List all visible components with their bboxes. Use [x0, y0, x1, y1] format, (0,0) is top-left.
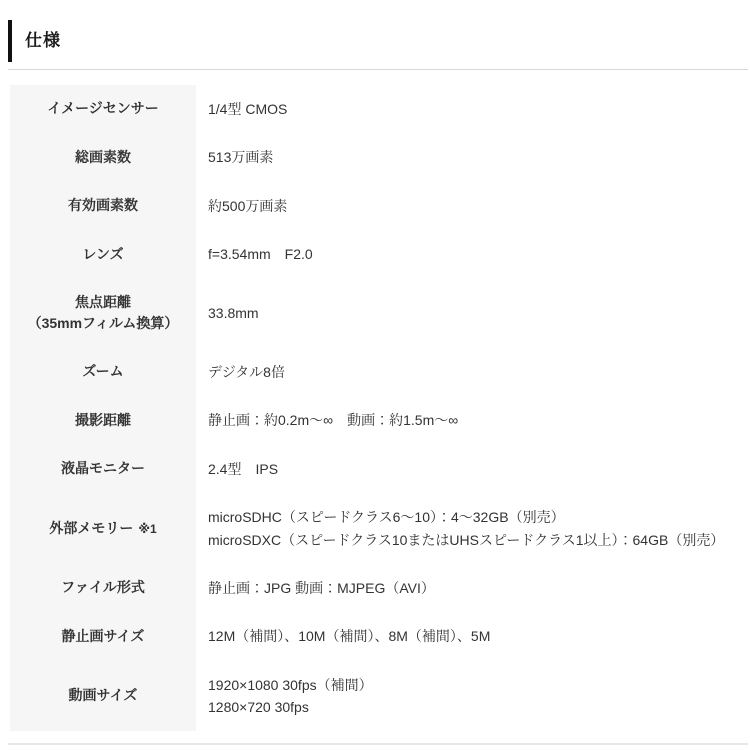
- spec-row: 液晶モニター 2.4型 IPS: [10, 445, 746, 493]
- spec-value: f=3.54mm F2.0: [196, 230, 746, 278]
- spec-value: デジタル8倍: [196, 348, 746, 396]
- spec-label-text: 動画サイズ: [69, 687, 138, 703]
- spec-value: microSDHC（スピードクラス6～10）：4～32GB（別売） microS…: [196, 493, 746, 564]
- spec-value: 1920×1080 30fps（補間） 1280×720 30fps: [196, 661, 746, 732]
- spec-row: 総画素数 513万画素: [10, 133, 746, 181]
- spec-label: 動画サイズ: [10, 661, 196, 732]
- spec-label: レンズ: [10, 230, 196, 278]
- spec-row: ファイル形式 静止画：JPG 動画：MJPEG（AVI）: [10, 564, 746, 612]
- spec-table: イメージセンサー 1/4型 CMOS 総画素数 513万画素 有効画素数 約50…: [10, 85, 746, 731]
- spec-row: 焦点距離 （35mmフィルム換算） 33.8mm: [10, 279, 746, 348]
- spec-table-body: イメージセンサー 1/4型 CMOS 総画素数 513万画素 有効画素数 約50…: [10, 85, 746, 731]
- spec-label: 有効画素数: [10, 182, 196, 230]
- spec-row: ズーム デジタル8倍: [10, 348, 746, 396]
- section-title: 仕様: [8, 20, 748, 62]
- spec-label-text: ズーム: [82, 363, 123, 379]
- spec-row: 有効画素数 約500万画素: [10, 182, 746, 230]
- spec-label: 撮影距離: [10, 396, 196, 444]
- spec-label: イメージセンサー: [10, 85, 196, 133]
- spec-value: 静止画：JPG 動画：MJPEG（AVI）: [196, 564, 746, 612]
- section-bottom-divider: [8, 743, 748, 745]
- spec-row: 撮影距離 静止画：約0.2m～∞ 動画：約1.5m～∞: [10, 396, 746, 444]
- spec-value: 約500万画素: [196, 182, 746, 230]
- spec-label-text: 外部メモリー: [49, 520, 133, 536]
- spec-label: 液晶モニター: [10, 445, 196, 493]
- spec-label: ズーム: [10, 348, 196, 396]
- spec-label-text: 液晶モニター: [61, 460, 145, 476]
- spec-value: 静止画：約0.2m～∞ 動画：約1.5m～∞: [196, 396, 746, 444]
- section-heading: 仕様: [8, 20, 748, 70]
- spec-value: 12M（補間）、10M（補間）、8M（補間）、5M: [196, 612, 746, 660]
- spec-row: 静止画サイズ 12M（補間）、10M（補間）、8M（補間）、5M: [10, 612, 746, 660]
- spec-label: ファイル形式: [10, 564, 196, 612]
- spec-label: 総画素数: [10, 133, 196, 181]
- spec-label-text: ファイル形式: [61, 579, 145, 595]
- spec-label-text: 静止画サイズ: [62, 628, 145, 644]
- spec-label: 焦点距離 （35mmフィルム換算）: [10, 279, 196, 348]
- spec-label-text: レンズ: [82, 246, 123, 262]
- spec-label-text: 総画素数: [75, 149, 131, 165]
- spec-label-text: 焦点距離 （35mmフィルム換算）: [28, 294, 179, 332]
- spec-label: 外部メモリー※1: [10, 493, 196, 564]
- spec-row: 動画サイズ 1920×1080 30fps（補間） 1280×720 30fps: [10, 661, 746, 732]
- spec-label: 静止画サイズ: [10, 612, 196, 660]
- spec-label-text: 撮影距離: [75, 412, 131, 428]
- spec-section: 仕様 イメージセンサー 1/4型 CMOS 総画素数 513万画素 有効画素数 …: [0, 0, 750, 745]
- spec-row: イメージセンサー 1/4型 CMOS: [10, 85, 746, 133]
- spec-value: 33.8mm: [196, 279, 746, 348]
- spec-value: 2.4型 IPS: [196, 445, 746, 493]
- spec-value: 513万画素: [196, 133, 746, 181]
- spec-label-text: イメージセンサー: [47, 100, 159, 116]
- spec-label-text: 有効画素数: [68, 197, 138, 213]
- spec-value: 1/4型 CMOS: [196, 85, 746, 133]
- spec-row: 外部メモリー※1 microSDHC（スピードクラス6～10）：4～32GB（別…: [10, 493, 746, 564]
- spec-row: レンズ f=3.54mm F2.0: [10, 230, 746, 278]
- spec-label-note: ※1: [138, 522, 156, 536]
